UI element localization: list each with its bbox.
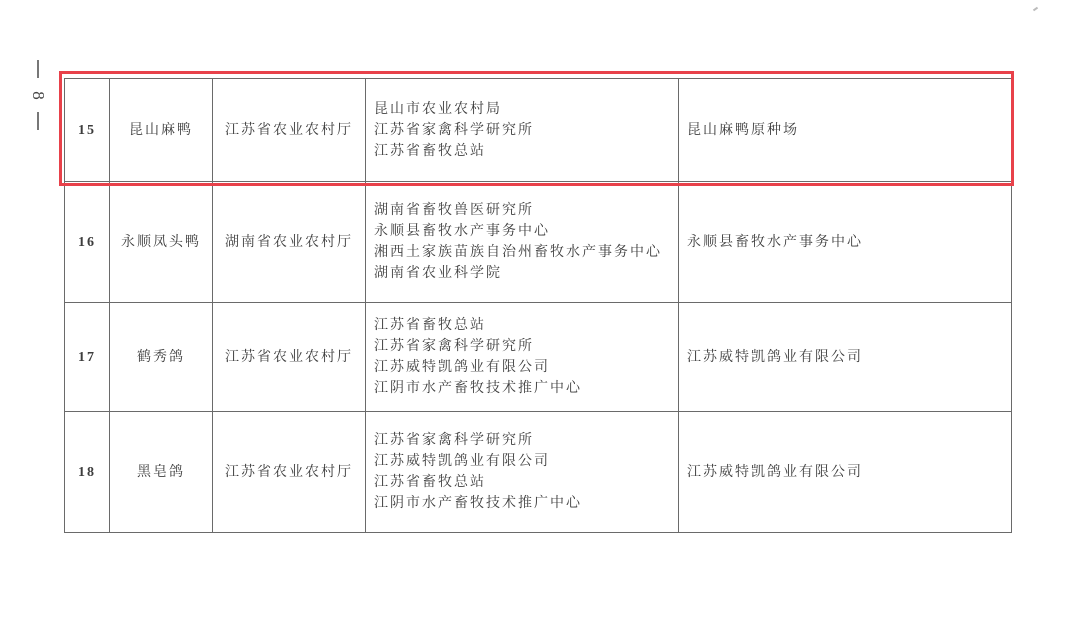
applicant-units: 昆山市农业农村局 江苏省家禽科学研究所 江苏省畜牧总站 — [366, 79, 679, 182]
department: 江苏省农业农村厅 — [213, 303, 366, 412]
page-number-dash-bottom — [37, 112, 39, 130]
applicant-units: 江苏省畜牧总站 江苏省家禽科学研究所 江苏威特凯鸽业有限公司 江阴市水产畜牧技术… — [366, 303, 679, 412]
unit-line: 湖南省畜牧兽医研究所 — [374, 200, 678, 221]
table-row: 16 永顺凤头鸭 湖南省农业农村厅 湖南省畜牧兽医研究所 永顺县畜牧水产事务中心… — [65, 182, 1012, 303]
breed-registry-table: 15 昆山麻鸭 江苏省农业农村厅 昆山市农业农村局 江苏省家禽科学研究所 江苏省… — [64, 78, 1012, 533]
table-row: 17 鹤秀鸽 江苏省农业农村厅 江苏省畜牧总站 江苏省家禽科学研究所 江苏威特凯… — [65, 303, 1012, 412]
unit-line: 江苏省畜牧总站 — [374, 472, 678, 493]
table-row: 15 昆山麻鸭 江苏省农业农村厅 昆山市农业农村局 江苏省家禽科学研究所 江苏省… — [65, 79, 1012, 182]
unit-line: 永顺县畜牧水产事务中心 — [374, 221, 678, 242]
unit-line: 湖南省农业科学院 — [374, 263, 678, 284]
unit-line: 江苏威特凯鸽业有限公司 — [374, 451, 678, 472]
breed-name: 鹤秀鸽 — [110, 303, 213, 412]
unit-line: 江阴市水产畜牧技术推广中心 — [374, 493, 678, 514]
row-number: 18 — [65, 412, 110, 533]
unit-line: 江苏省家禽科学研究所 — [374, 120, 678, 141]
department: 湖南省农业农村厅 — [213, 182, 366, 303]
row-number: 15 — [65, 79, 110, 182]
row-number: 17 — [65, 303, 110, 412]
unit-line: 昆山市农业农村局 — [374, 99, 678, 120]
breed-name: 永顺凤头鸭 — [110, 182, 213, 303]
conservation-holder: 永顺县畜牧水产事务中心 — [679, 182, 1012, 303]
row-number: 16 — [65, 182, 110, 303]
conservation-holder: 江苏威特凯鸽业有限公司 — [679, 412, 1012, 533]
page-number-value: 8 — [30, 91, 47, 100]
unit-line: 江苏省家禽科学研究所 — [374, 336, 678, 357]
department: 江苏省农业农村厅 — [213, 412, 366, 533]
unit-line: 江阴市水产畜牧技术推广中心 — [374, 378, 678, 399]
scan-speck — [1033, 7, 1038, 12]
page-number: 8 — [28, 60, 48, 130]
applicant-units: 江苏省家禽科学研究所 江苏威特凯鸽业有限公司 江苏省畜牧总站 江阴市水产畜牧技术… — [366, 412, 679, 533]
conservation-holder: 昆山麻鸭原种场 — [679, 79, 1012, 182]
department: 江苏省农业农村厅 — [213, 79, 366, 182]
breed-name: 昆山麻鸭 — [110, 79, 213, 182]
applicant-units: 湖南省畜牧兽医研究所 永顺县畜牧水产事务中心 湘西土家族苗族自治州畜牧水产事务中… — [366, 182, 679, 303]
page-number-dash-top — [37, 60, 39, 78]
unit-line: 江苏省畜牧总站 — [374, 141, 678, 162]
breed-name: 黑皂鸽 — [110, 412, 213, 533]
unit-line: 江苏威特凯鸽业有限公司 — [374, 357, 678, 378]
table-row: 18 黑皂鸽 江苏省农业农村厅 江苏省家禽科学研究所 江苏威特凯鸽业有限公司 江… — [65, 412, 1012, 533]
unit-line: 江苏省畜牧总站 — [374, 315, 678, 336]
conservation-holder: 江苏威特凯鸽业有限公司 — [679, 303, 1012, 412]
unit-line: 湘西土家族苗族自治州畜牧水产事务中心 — [374, 242, 678, 263]
unit-line: 江苏省家禽科学研究所 — [374, 430, 678, 451]
